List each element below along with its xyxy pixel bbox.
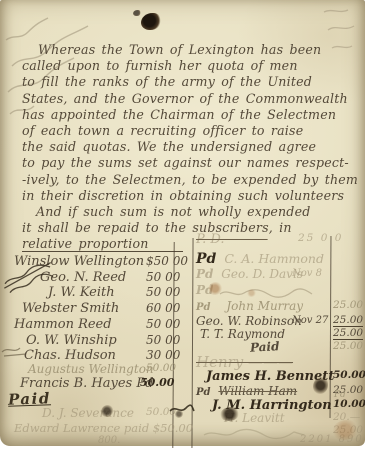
paragraph-line: And if such sum is not wholly expended <box>22 204 358 220</box>
paragraph-line: in their discretion in obtaining such vo… <box>22 188 358 204</box>
signer-name: P. D. ——— <box>196 232 268 247</box>
amount: 50 00 <box>146 270 180 284</box>
signer-name: Geo. D. Davis <box>221 267 303 281</box>
amount: 25.00 <box>333 340 363 352</box>
signer-name: Geo. W. Robinson <box>196 314 302 328</box>
amount: 50.00 <box>333 369 365 381</box>
signature-row: Pd John Murray 25.00 <box>196 299 362 313</box>
paragraph-line: of each town a recruiting officer to rai… <box>22 123 358 139</box>
underlined-closing-words: relative proportion <box>22 236 183 252</box>
signer-name: Hammon Reed <box>14 317 112 332</box>
amount: 50 00 <box>146 285 180 299</box>
signature-row-struck: Henry ——— <box>196 353 362 367</box>
signature-row: James H. Bennett 50.00 <box>196 369 362 383</box>
signature-row: Webster Smith 60 00 <box>14 301 194 316</box>
signer-name: H. Leavitt <box>196 411 285 425</box>
signer-name: Webster Smith <box>14 301 119 316</box>
date-note: Nov 27 <box>292 315 328 326</box>
paragraph-line: Whereas the Town of Lexington has been <box>22 42 358 58</box>
signature-row: O. W. Winship 50 00 <box>14 333 194 348</box>
amount: 60 00 <box>146 301 180 315</box>
signer-name: C. A. Hammond <box>224 251 324 266</box>
amount: 50.00 <box>146 362 176 374</box>
pd-mark: Pd <box>196 267 213 281</box>
pd-mark: Pd <box>196 251 216 267</box>
illegible-signature-squiggle <box>218 286 314 298</box>
amount: 30 00 <box>146 348 180 362</box>
paragraph-line: the said quotas. We the undersigned agre… <box>22 139 358 155</box>
signer-name: Francis B. Hayes Pd <box>14 376 153 391</box>
illegible-signature-squiggle <box>202 427 306 439</box>
signer-name: John Murray <box>218 299 303 313</box>
signature-row: Geo. W. Robinson Nov 27 25.00 <box>196 314 362 328</box>
date-note: Nov 8 <box>292 268 322 279</box>
amount: 50 00 <box>146 317 180 331</box>
paragraph-line: called upon to furnish her quota of men <box>22 58 358 74</box>
scanned-document: Whereas the Town of Lexington has been c… <box>0 0 365 450</box>
amount: 25.00 <box>333 299 363 311</box>
amount: 25.00 <box>333 327 363 340</box>
paragraph-line: has appointed the Chairman of the Select… <box>22 107 358 123</box>
paragraph-line: -ively, to the Selectmen, to be expended… <box>22 172 358 188</box>
paid-annotation-row: Paid <box>14 390 194 405</box>
signer-name: William Ham <box>218 384 297 398</box>
opening-paragraph: Whereas the Town of Lexington has been c… <box>22 42 358 252</box>
signature-row-struck: P. D. ——— 25 0 0 <box>196 232 362 246</box>
pd-mark: Pd <box>196 302 211 313</box>
signature-row: Chas. Hudson 30 00 <box>14 348 194 363</box>
amount: 50 00 <box>146 333 180 347</box>
signer-name: Edward Lawrence paid $50.00 <box>14 421 193 435</box>
harrington-pd-mark: Pd <box>334 390 346 400</box>
paragraph-line: to pay the sums set against our names re… <box>22 155 358 171</box>
signature-row: Pd Geo. D. Davis Nov 8 <box>196 267 362 281</box>
paragraph-line: to fill the ranks of the army of the Uni… <box>22 74 358 90</box>
signature-row: Hammon Reed 50 00 <box>14 317 194 332</box>
amount: $50 00 <box>146 254 188 268</box>
signer-name: Augustus Wellington <box>14 362 154 376</box>
paid-annotation-row: Paid 25.00 <box>196 340 362 354</box>
signer-name: D. J. Severance <box>14 406 134 420</box>
signature-row: Edward Lawrence paid $50.00 <box>14 421 204 436</box>
margin-pd-marks <box>0 342 30 358</box>
amount: 50.00 <box>140 376 174 389</box>
paragraph-line: States, and the Governor of the Commonwe… <box>22 91 358 107</box>
signature-row: Pd C. A. Hammond <box>196 251 362 265</box>
amount: 25 0 0 <box>298 232 343 244</box>
pd-mark: Pd <box>196 387 211 398</box>
amount: 25.00 <box>333 314 363 327</box>
sub-figure: 800. <box>98 435 120 446</box>
signature-row: Augustus Wellington 50.00 <box>14 362 194 377</box>
